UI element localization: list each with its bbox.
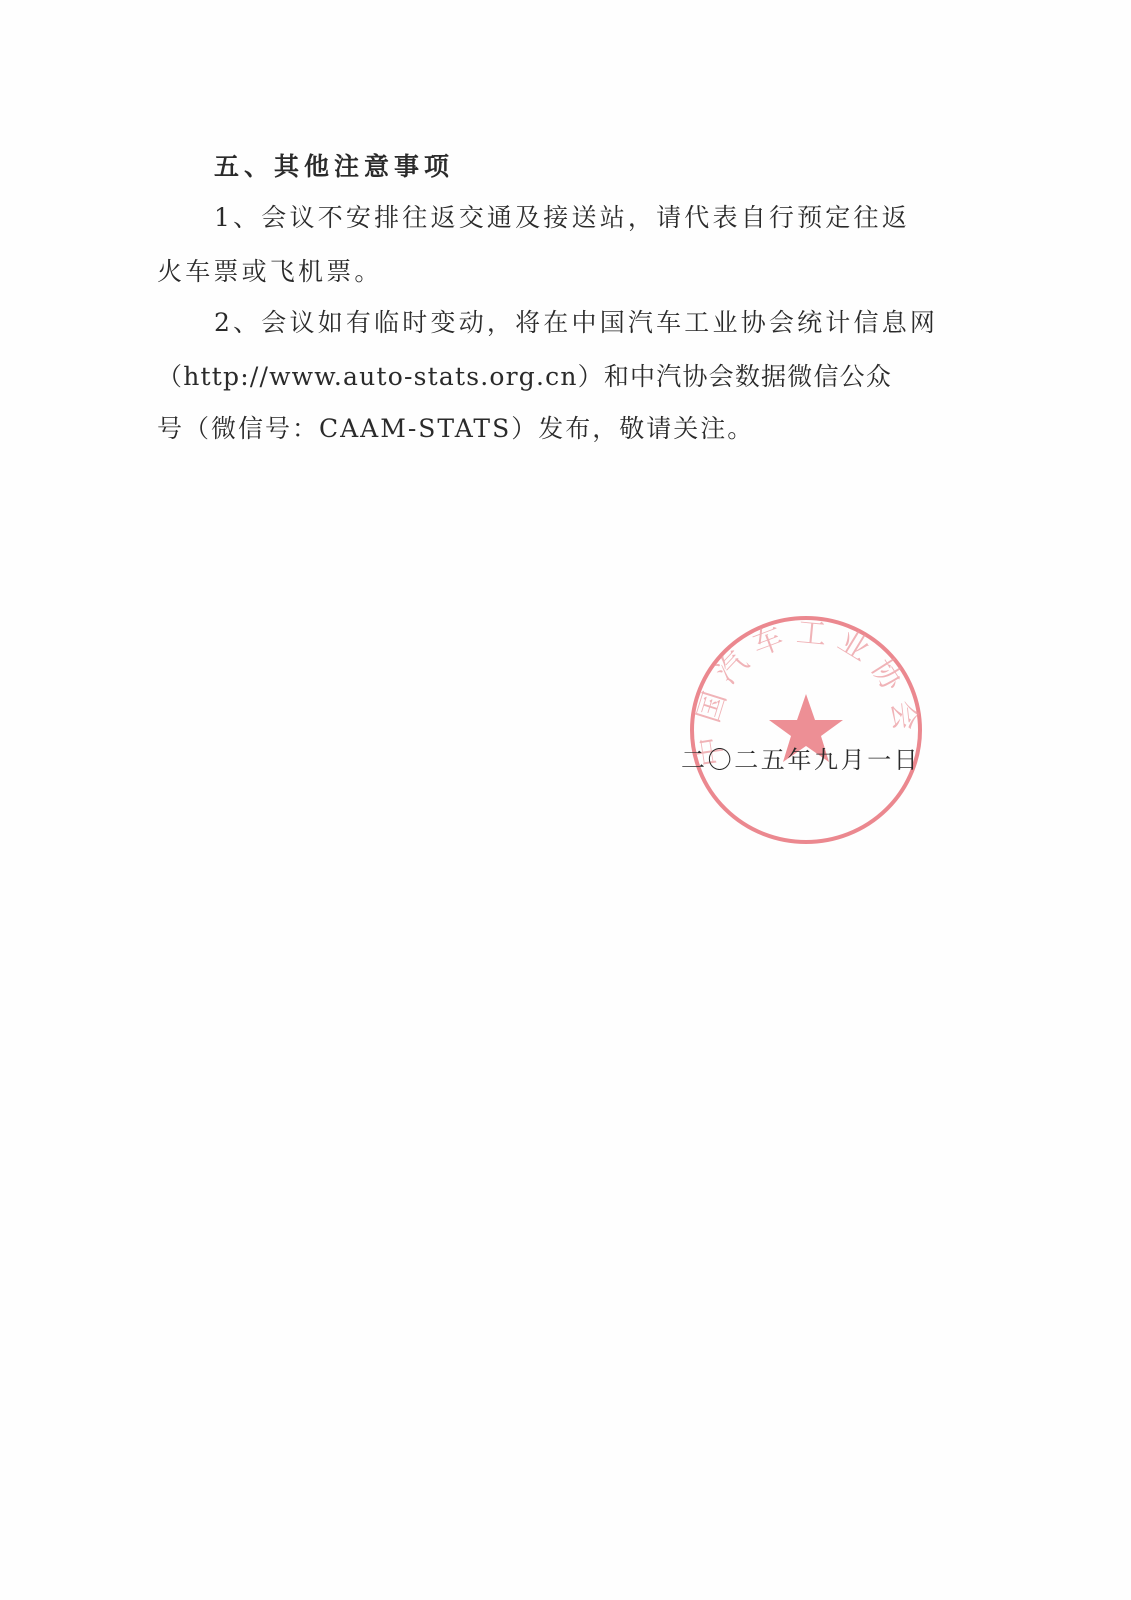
item-1-line-2: 火车票或飞机票。 <box>157 256 383 288</box>
item-2-line-1: 2、会议如有临时变动，将在中国汽车工业协会统计信息网 <box>214 307 938 339</box>
item-2-line-2: （http://www.auto-stats.org.cn）和中汽协会数据微信公… <box>157 361 892 393</box>
section-heading: 五、其他注意事项 <box>214 151 454 183</box>
official-seal: 中国汽车工业协会 <box>688 614 924 846</box>
item-2-line-3: 号（微信号：CAAM-STATS）发布，敬请关注。 <box>157 413 754 445</box>
item-1-line-1: 1、会议不安排往返交通及接送站，请代表自行预定往返 <box>214 202 910 234</box>
document-page: 五、其他注意事项 1、会议不安排往返交通及接送站，请代表自行预定往返 火车票或飞… <box>0 0 1131 1600</box>
signature-date: 二〇二五年九月一日 <box>681 744 920 776</box>
